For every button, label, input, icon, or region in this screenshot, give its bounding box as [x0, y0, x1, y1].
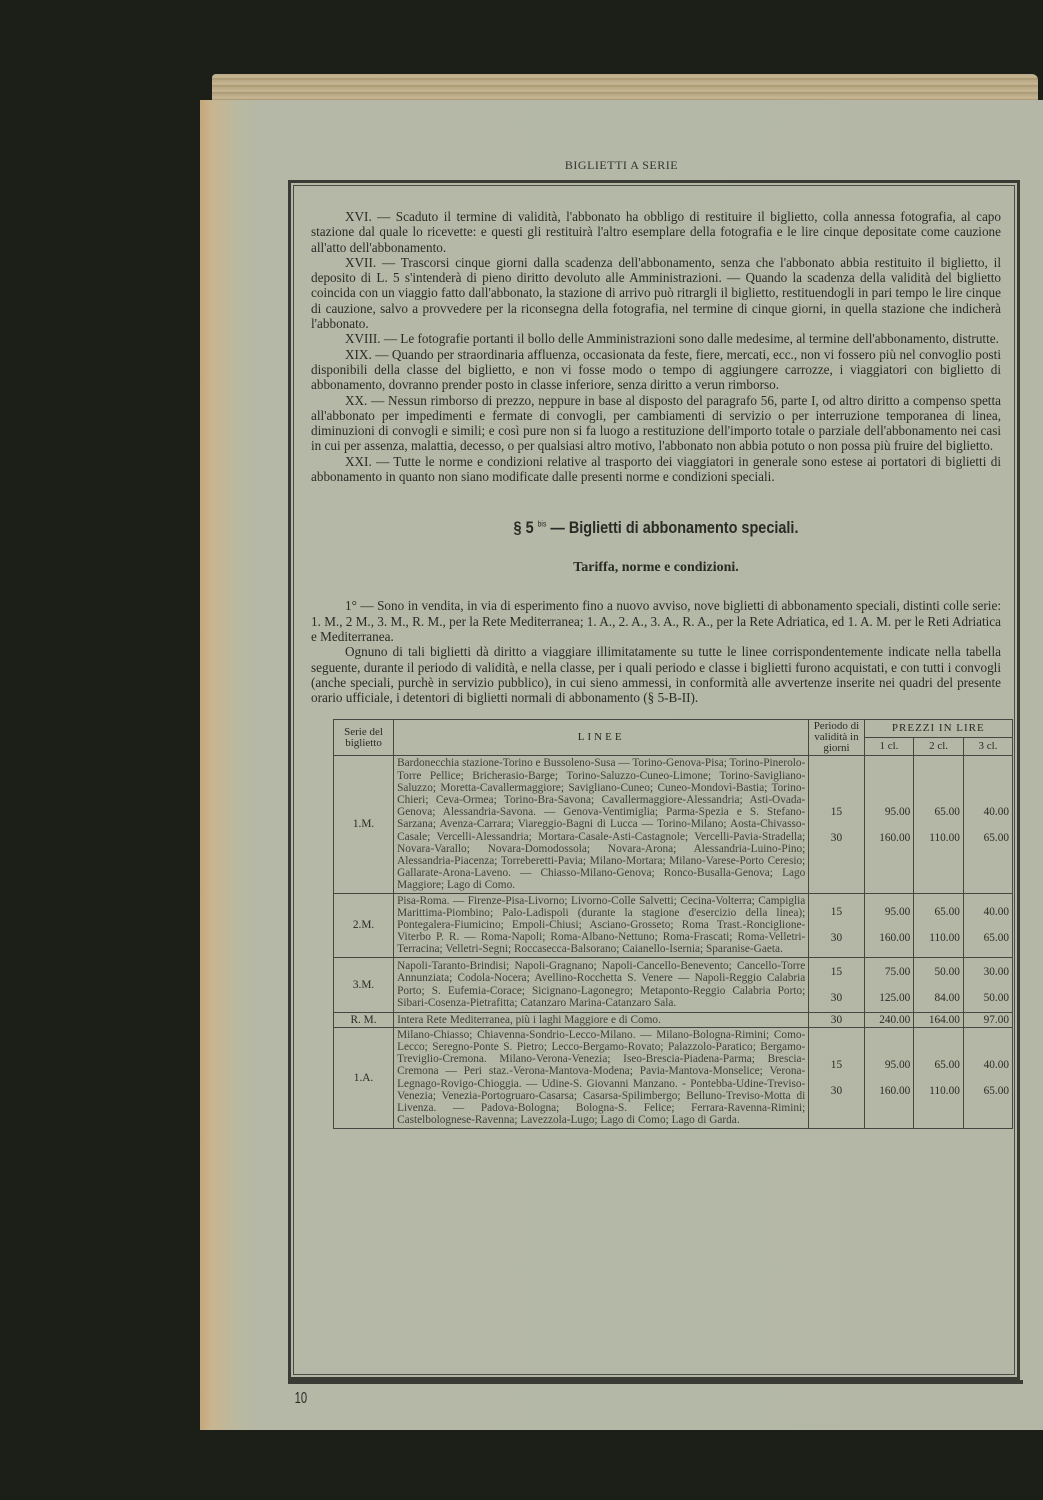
section-paragraph-1: 1° — Sono in vendita, in via di esperime…: [311, 598, 1001, 644]
header-periodo: Periodo di validità in giorni: [809, 720, 864, 756]
tariff-table: Serie del biglietto LINEE Periodo di val…: [333, 719, 1013, 1128]
section-sup: bis: [538, 520, 547, 529]
periodo-cell: 30: [809, 1012, 864, 1027]
linee-cell: Milano-Chiasso; Chiavenna-Sondrio-Lecco-…: [394, 1027, 809, 1128]
serie-cell: 1.M.: [334, 756, 394, 893]
linee-cell: Pisa-Roma. — Firenze-Pisa-Livorno; Livor…: [394, 893, 809, 957]
section-title: — Biglietti di abbonamento speciali.: [550, 518, 798, 537]
section-heading: § 5 bis — Biglietti di abbonamento speci…: [363, 518, 950, 538]
running-head: BIGLIETTI A SERIE: [200, 158, 1043, 173]
periodo-cell: 1530: [809, 893, 864, 957]
price-1cl-cell: 75.00125.00: [864, 957, 914, 1012]
serie-cell: 3.M.: [334, 957, 394, 1012]
document-page: BIGLIETTI A SERIE XVI. — Scaduto il term…: [200, 100, 1043, 1430]
header-class-3: 3 cl.: [963, 738, 1012, 756]
linee-cell: Intera Rete Mediterranea, più i laghi Ma…: [394, 1012, 809, 1027]
section-subtitle: Tariffa, norme e condizioni.: [311, 560, 1001, 576]
article-xx: XX. — Nessun rimborso di prezzo, neppure…: [311, 393, 1001, 454]
article-xviii: XVIII. — Le fotografie portanti il bollo…: [311, 331, 1001, 346]
linee-cell: Napoli-Taranto-Brindisi; Napoli-Gragnano…: [394, 957, 809, 1012]
article-xvii: XVII. — Trascorsi cinque giorni dalla sc…: [311, 255, 1001, 331]
table-row: 1.A. Milano-Chiasso; Chiavenna-Sondrio-L…: [334, 1027, 1013, 1128]
table-row: 3.M. Napoli-Taranto-Brindisi; Napoli-Gra…: [334, 957, 1013, 1012]
price-3cl-cell: 40.0065.00: [963, 756, 1012, 893]
table-row: R. M. Intera Rete Mediterranea, più i la…: [334, 1012, 1013, 1027]
article-xvi: XVI. — Scaduto il termine di validità, l…: [311, 209, 1001, 255]
header-class-1: 1 cl.: [864, 738, 914, 756]
price-2cl-cell: 50.0084.00: [914, 957, 964, 1012]
price-1cl-cell: 95.00160.00: [864, 756, 914, 893]
section-number: § 5: [514, 518, 534, 537]
price-1cl-cell: 95.00160.00: [864, 1027, 914, 1128]
price-2cl-cell: 65.00110.00: [914, 1027, 964, 1128]
price-1cl-cell: 240.00: [864, 1012, 914, 1027]
linee-cell: Bardonecchia stazione-Torino e Bussoleno…: [394, 756, 809, 893]
price-3cl-cell: 30.0050.00: [963, 957, 1012, 1012]
serie-cell: 2.M.: [334, 893, 394, 957]
price-1cl-cell: 95.00160.00: [864, 893, 914, 957]
header-linee: LINEE: [394, 720, 809, 756]
header-serie: Serie del biglietto: [334, 720, 394, 756]
price-3cl-cell: 97.00: [963, 1012, 1012, 1027]
section-paragraph-2: Ognuno di tali biglietti dà diritto a vi…: [311, 644, 1001, 705]
serie-cell: 1.A.: [334, 1027, 394, 1128]
header-class-2: 2 cl.: [914, 738, 964, 756]
page-number: 10: [295, 1390, 307, 1408]
header-prezzi: PREZZI IN LIRE: [864, 720, 1012, 738]
table-row: 1.M. Bardonecchia stazione-Torino e Buss…: [334, 756, 1013, 893]
periodo-cell: 1530: [809, 756, 864, 893]
serie-cell: R. M.: [334, 1012, 394, 1027]
price-3cl-cell: 40.0065.00: [963, 893, 1012, 957]
article-xxi: XXI. — Tutte le norme e condizioni relat…: [311, 454, 1001, 485]
price-2cl-cell: 65.00110.00: [914, 893, 964, 957]
price-3cl-cell: 40.0065.00: [963, 1027, 1012, 1128]
article-xix: XIX. — Quando per straordinaria affluenz…: [311, 347, 1001, 393]
periodo-cell: 1530: [809, 1027, 864, 1128]
price-2cl-cell: 65.00110.00: [914, 756, 964, 893]
content-frame: XVI. — Scaduto il termine di validità, l…: [288, 180, 1020, 1380]
periodo-cell: 1530: [809, 957, 864, 1012]
table-row: 2.M. Pisa-Roma. — Firenze-Pisa-Livorno; …: [334, 893, 1013, 957]
price-2cl-cell: 164.00: [914, 1012, 964, 1027]
